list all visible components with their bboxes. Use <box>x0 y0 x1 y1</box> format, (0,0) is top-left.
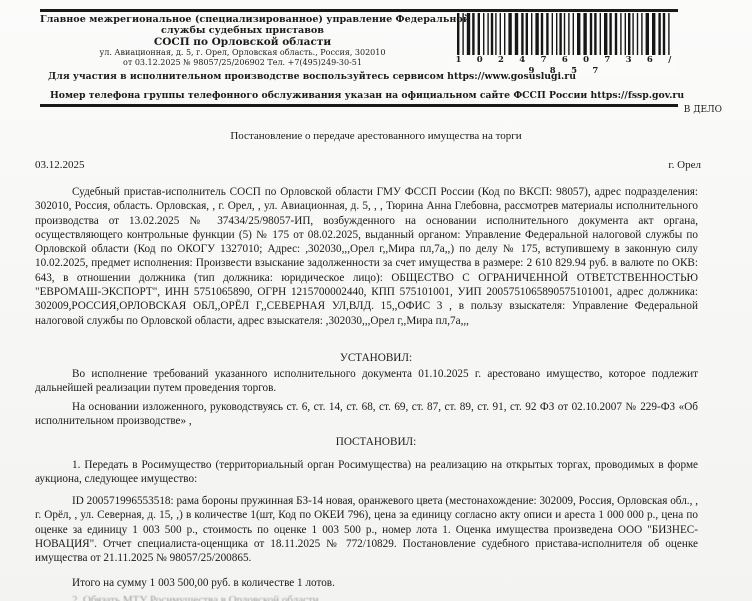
org-name-line2: службы судебных приставов <box>40 25 445 36</box>
phone-service-note: Номер телефона группы телефонного обслуж… <box>50 90 684 101</box>
org-address: ул. Авиационная, д. 5, г. Орел, Орловска… <box>40 48 445 58</box>
filing-stamp: В ДЕЛО <box>684 105 722 115</box>
document-page: Главное межрегиональное (специализирован… <box>0 0 752 601</box>
document-city: г. Орел <box>668 159 701 171</box>
document-reference: от 03.12.2025 № 98057/25/206902 Тел. +7(… <box>40 58 445 68</box>
basis-paragraph: На основании изложенного, руководствуясь… <box>35 400 698 429</box>
org-division: СОСП по Орловской области <box>40 36 445 48</box>
total-line: Итого на сумму 1 003 500,00 руб. в колич… <box>35 576 698 590</box>
header-top-rule <box>40 9 678 12</box>
resolution-item-1: 1. Передать в Росимущество (территориаль… <box>35 458 698 487</box>
header-bottom-rule <box>40 104 678 107</box>
issuing-authority-block: Главное межрегиональное (специализирован… <box>40 14 445 67</box>
established-paragraph: Во исполнение требований указанного испо… <box>35 367 698 396</box>
document-date: 03.12.2025 <box>35 159 85 171</box>
intro-paragraph: Судебный пристав-исполнитель СОСП по Орл… <box>35 185 698 328</box>
barcode-bars-icon <box>455 13 678 57</box>
resolved-heading: ПОСТАНОВИЛ: <box>0 436 752 448</box>
property-description: ID 200571996553518: рама бороны пружинна… <box>35 494 698 565</box>
gosuslugi-note: Для участия в исполнительном производств… <box>48 71 576 82</box>
truncated-line: 2. Обязать МТУ Росимущества в Орловской … <box>72 594 412 601</box>
barcode: 1 0 2 4 7 6 0 7 3 6 / 9 8 5 7 <box>455 13 678 65</box>
document-title: Постановление о передаче арестованного и… <box>0 130 752 142</box>
established-heading: УСТАНОВИЛ: <box>0 352 752 364</box>
org-name-line1: Главное межрегиональное (специализирован… <box>40 14 445 25</box>
